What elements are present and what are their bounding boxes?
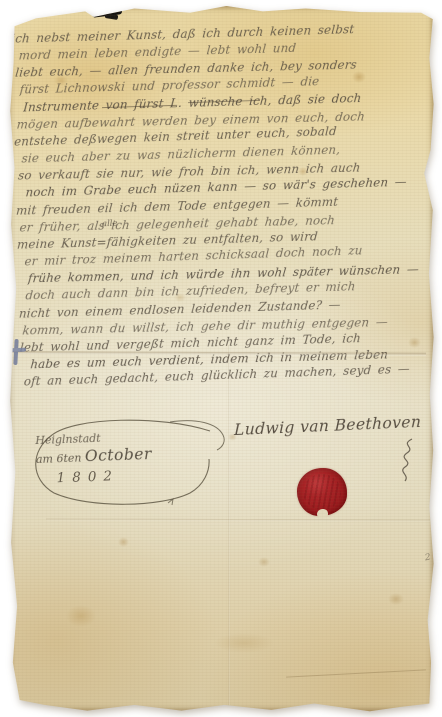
blue-cross-horizontal — [6, 348, 26, 353]
edge-smudge — [6, 163, 12, 175]
fold-crease-vertical — [228, 345, 230, 707]
interlinear-insertion: alle — [102, 219, 118, 230]
handwriting-block: ich nebst meiner Kunst, daß ich durch ke… — [11, 19, 433, 391]
signature-flourish — [398, 437, 420, 483]
date-block: Heiglnstadt am 6ten October 1802 — [35, 430, 153, 487]
fold-crease-horizontal — [46, 518, 430, 521]
foxing-stain — [118, 537, 129, 547]
surface-scratch — [286, 669, 426, 677]
foxing-stain — [258, 557, 270, 567]
photo-of-manuscript: ich nebst meiner Kunst, daß ich durch ke… — [0, 0, 442, 717]
black-ink-mark — [105, 13, 119, 20]
foxing-stain — [214, 633, 274, 653]
date-place: Heiglnstadt — [35, 430, 151, 447]
date-day: am 6ten — [36, 451, 82, 466]
foxing-stain — [66, 605, 96, 627]
signature: Ludwig van Beethoven — [234, 413, 422, 439]
blue-cross-mark — [6, 339, 28, 365]
manuscript-page: ich nebst meiner Kunst, daß ich durch ke… — [6, 5, 434, 712]
paper-shadow-wrap: ich nebst meiner Kunst, daß ich durch ke… — [0, 0, 442, 717]
wax-seal-texture — [303, 474, 341, 510]
date-line: am 6ten October — [36, 445, 153, 467]
wax-seal — [297, 468, 347, 516]
date-year: 1802 — [56, 467, 152, 486]
wax-seal-notch — [317, 509, 328, 519]
margin-numeral: 2 — [424, 553, 431, 564]
date-month: October — [85, 445, 153, 465]
foxing-stain — [388, 593, 404, 605]
